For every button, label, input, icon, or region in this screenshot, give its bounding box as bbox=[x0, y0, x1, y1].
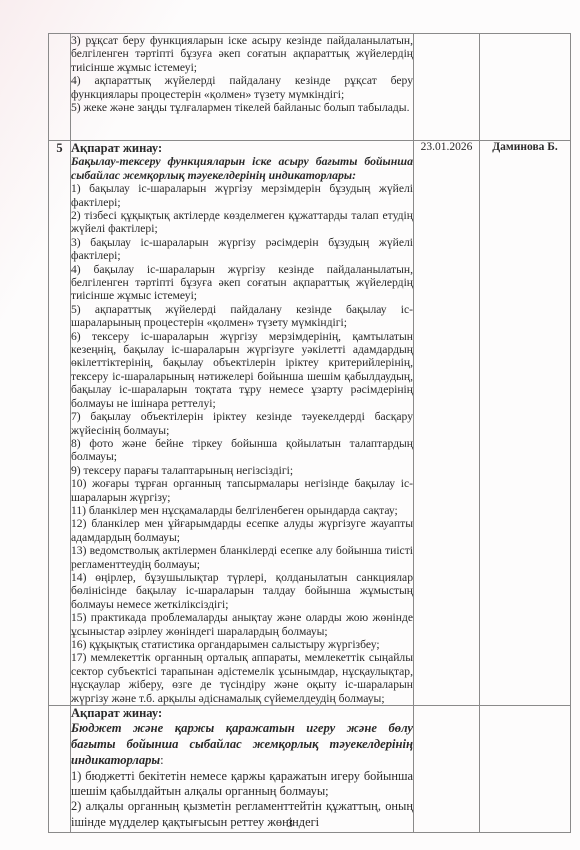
row-date bbox=[414, 34, 480, 141]
section-subheading-colon: : bbox=[160, 753, 164, 767]
row-content: Ақпарат жинау: Бақылау-тексеру функцияла… bbox=[71, 141, 414, 706]
row-number: 5 bbox=[49, 141, 71, 706]
table-row: Ақпарат жинау: Бюджет және қаржы қаражат… bbox=[49, 706, 571, 833]
list-item: 6) тексеру іс-шараларын жүргізу мерзімде… bbox=[71, 330, 413, 410]
list-item: 4) ақпараттық жүйелерді пайдалану кезінд… bbox=[71, 74, 413, 101]
list-item: 13) ведомстволық актілермен бланкілерді … bbox=[71, 544, 413, 571]
table-row: 5 Ақпарат жинау: Бақылау-тексеру функция… bbox=[49, 141, 571, 706]
list-item: 16) құқықтық статистика органдарымен сал… bbox=[71, 638, 413, 651]
section-heading: Ақпарат жинау: bbox=[71, 706, 413, 720]
list-item: 5) ақпараттық жүйелерді пайдалану кезінд… bbox=[71, 303, 413, 330]
list-item: 12) бланкілер мен ұйғарымдарды есепке ал… bbox=[71, 517, 413, 544]
row-date: 23.01.2026 bbox=[414, 141, 480, 706]
row-responsible: Даминова Б. bbox=[480, 141, 571, 706]
list-item: 7) бақылау объектілерін іріктеу кезінде … bbox=[71, 410, 413, 437]
list-item: 5) жеке және заңды тұлғалармен тікелей б… bbox=[71, 101, 413, 114]
list-item: 2) тізбесі құқықтық актілерде көзделмеге… bbox=[71, 209, 413, 236]
list-item: 14) өңірлер, бұзушылықтар түрлері, қолда… bbox=[71, 571, 413, 611]
page-number: 3 bbox=[0, 818, 580, 830]
list-item: 8) фото және бейне тіркеу бойынша қойыла… bbox=[71, 437, 413, 464]
list-item: 3) рұқсат беру функцияларын іске асыру к… bbox=[71, 34, 413, 74]
row-number bbox=[49, 34, 71, 141]
list-item: 17) мемлекеттік органның орталық аппарат… bbox=[71, 651, 413, 705]
list-item: 10) жоғары тұрған органның тапсырмалары … bbox=[71, 477, 413, 504]
list-item: 15) практикада проблемаларды анықтау жән… bbox=[71, 611, 413, 638]
table-row: 3) рұқсат беру функцияларын іске асыру к… bbox=[49, 34, 571, 141]
row-responsible bbox=[480, 706, 571, 833]
measures-table: 3) рұқсат беру функцияларын іске асыру к… bbox=[48, 33, 571, 833]
section-subheading-text: Бюджет және қаржы қаражатын игеру және б… bbox=[71, 721, 413, 767]
list-item: 1) бақылау іс-шараларын жүргізу мерзімде… bbox=[71, 182, 413, 209]
row-number bbox=[49, 706, 71, 833]
list-item: 11) бланкілер мен нұсқамаларды белгіленб… bbox=[71, 504, 413, 517]
section-subheading: Бюджет және қаржы қаражатын игеру және б… bbox=[71, 720, 413, 769]
list-item: 1) бюджетті бекітетін немесе қаржы қараж… bbox=[71, 769, 413, 800]
row-content: Ақпарат жинау: Бюджет және қаржы қаражат… bbox=[71, 706, 414, 833]
list-item: 9) тексеру парағы талаптарының негізсізд… bbox=[71, 464, 413, 477]
list-item: 3) бақылау іс-шараларын жүргізу рәсімдер… bbox=[71, 236, 413, 263]
row-content: 3) рұқсат беру функцияларын іске асыру к… bbox=[71, 34, 414, 141]
list-item: 4) бақылау іс-шараларын жүргізу кезінде … bbox=[71, 263, 413, 303]
section-subheading: Бақылау-тексеру функцияларын іске асыру … bbox=[71, 155, 413, 182]
row-date bbox=[414, 706, 480, 833]
row-responsible bbox=[480, 34, 571, 141]
section-heading: Ақпарат жинау: bbox=[71, 141, 413, 155]
